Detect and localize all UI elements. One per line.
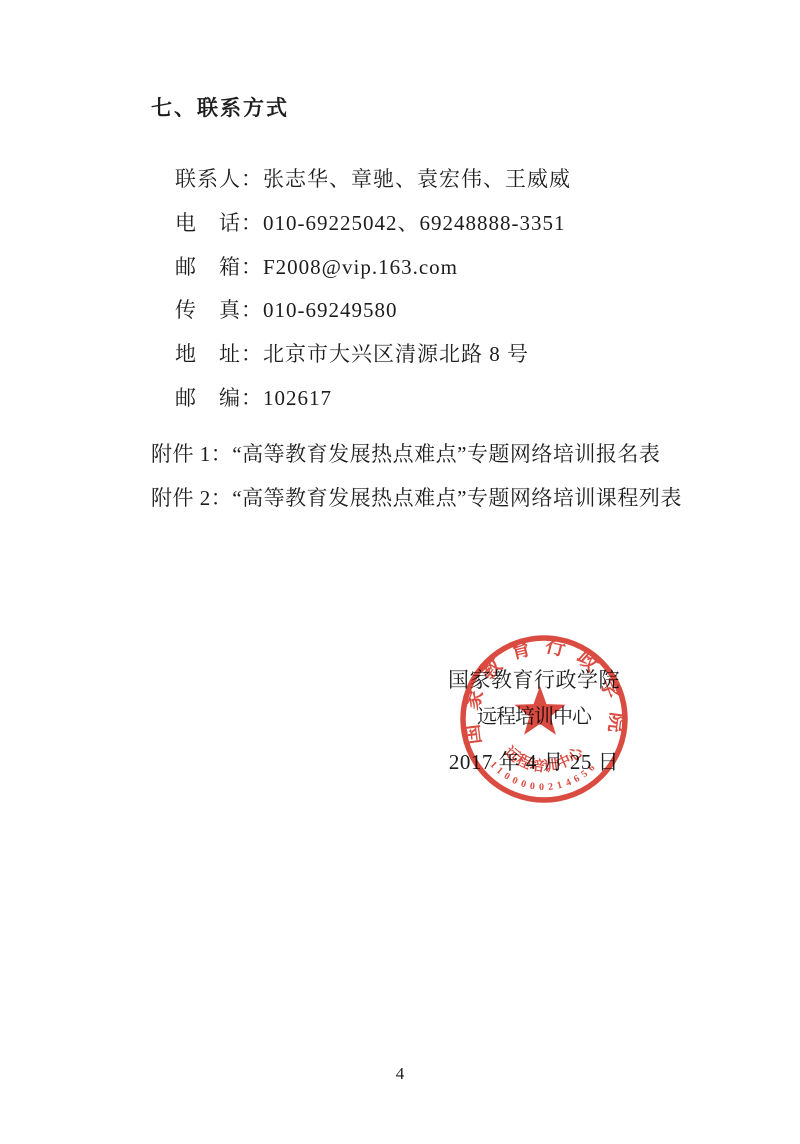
- contact-label: 邮 编：: [175, 386, 263, 410]
- attachment-line-1: 附件 1：“高等教育发展热点难点”专题网络培训报名表: [151, 438, 660, 468]
- official-seal: 国家教育行政学院 远程培训中心 1100000214656: [458, 633, 630, 805]
- page-number: 4: [0, 1064, 800, 1084]
- star-icon: [514, 686, 565, 735]
- attachment-line-2: 附件 2：“高等教育发展热点难点”专题网络培训课程列表: [151, 482, 682, 512]
- document-page: 七、联系方式 联系人：张志华、章驰、袁宏伟、王威威 电 话：010-692250…: [0, 0, 800, 1144]
- seal-center-text: 远程培训中心: [501, 742, 586, 775]
- seal-ring-text: 国家教育行政学院: [459, 633, 630, 746]
- contact-value: 102617: [263, 386, 332, 410]
- section-heading: 七、联系方式: [151, 92, 289, 122]
- contact-row-zipcode: 邮 编：102617: [150, 357, 332, 437]
